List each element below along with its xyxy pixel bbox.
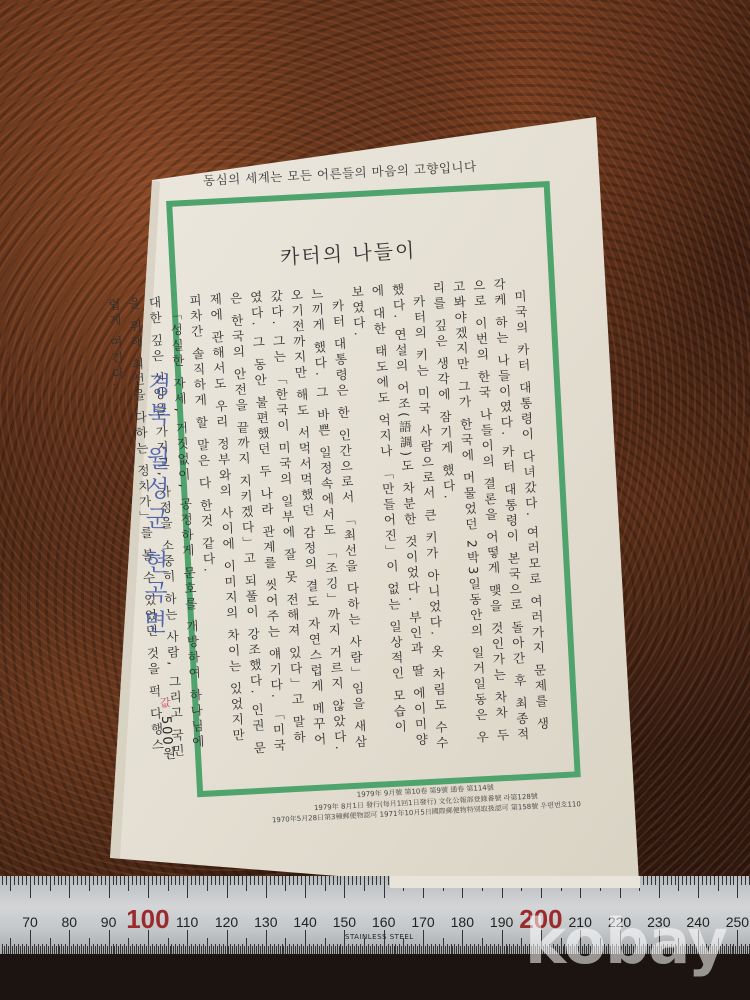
ruler-tick [722,876,723,885]
ruler-tick [342,946,343,954]
ruler-tick [303,946,304,954]
ruler-tick [175,876,176,885]
ruler-tick [177,946,178,954]
ruler-tick [452,946,453,954]
ruler-tick [287,946,288,954]
ruler-tick [260,946,261,954]
ruler-tick [40,946,41,954]
ruler-tick [663,876,664,885]
ruler-tick [120,876,121,885]
ruler-tick [521,938,522,954]
ruler-tick [89,938,90,954]
ruler-tick [733,876,734,885]
ruler-tick [726,876,727,885]
ruler-tick [390,946,391,954]
ruler-tick [162,946,163,954]
ruler-tick [54,876,55,885]
ruler-tick [470,944,471,954]
ruler-tick [360,876,361,885]
ruler-tick [26,876,27,885]
ruler-tick [46,876,47,885]
ruler-tick [409,946,410,954]
ruler-tick [111,946,112,954]
ruler-tick [443,938,444,954]
ruler-tick [181,946,182,954]
ruler-tick [128,938,129,954]
ruler-tick [195,944,196,954]
ruler-tick [234,876,235,885]
ruler-tick [44,946,45,954]
ruler-tick [423,930,424,954]
ruler-tick [20,946,21,954]
ruler-tick [12,946,13,954]
ruler-tick [140,944,141,954]
ruler-label: 140 [293,914,316,930]
ruler-tick [352,876,353,885]
ruler-tick [256,946,257,954]
ruler-tick [69,876,70,898]
ruler-tick [366,946,367,954]
ruler-tick [183,944,184,954]
ruler-tick [507,946,508,954]
ruler-tick [321,876,322,885]
ruler-tick [741,876,742,885]
ruler-tick [32,946,33,954]
ruler-tick [474,944,475,954]
ruler-tick [187,930,188,954]
ruler-tick [394,946,395,954]
ruler-tick [337,876,338,885]
ruler-tick [207,938,208,954]
ruler-tick [219,876,220,885]
ruler-tick [698,876,699,898]
ruler-tick [321,944,322,954]
ruler-tick [91,946,92,954]
ruler-tick [232,946,233,954]
article-title: 카터의 나들이 [279,234,417,270]
ruler-tick [10,876,11,891]
ruler-tick [238,944,239,954]
ruler-tick [356,876,357,885]
ruler-tick [397,946,398,954]
price: 값 500원 [155,696,177,762]
ruler-tick [58,944,59,954]
ruler-tick [737,876,738,898]
ruler-tick [490,944,491,954]
ruler-tick [77,944,78,954]
ruler-tick [236,946,237,954]
ruler-tick [449,946,450,954]
ruler-tick [407,944,408,954]
ruler-tick [462,930,463,954]
ruler-tick [240,946,241,954]
ruler-tick [187,876,188,898]
ruler-tick [509,944,510,954]
ruler-tick [248,946,249,954]
ruler-tick [307,946,308,954]
ruler-tick [278,944,279,954]
ruler-tick [327,946,328,954]
ruler-tick [488,946,489,954]
ruler-tick [138,946,139,954]
ruler-tick [2,944,3,954]
ruler-tick [431,944,432,954]
ruler-tick [18,944,19,954]
ruler-tick [34,876,35,885]
ruler-tick [745,944,746,954]
ruler-tick [209,946,210,954]
ruler-tick [667,876,668,885]
ruler-tick [87,946,88,954]
ruler-tick [372,876,373,885]
ruler-tick [142,946,143,954]
ruler-tick [132,876,133,885]
ruler-tick [230,944,231,954]
ruler-tick [42,944,43,954]
ruler-tick [252,946,253,954]
ruler-tick [502,930,503,954]
ruler-tick [686,876,687,885]
ruler-tick [34,944,35,954]
ruler-tick [69,930,70,954]
ruler-tick [333,876,334,885]
ruler-tick [511,946,512,954]
ruler-tick [144,876,145,885]
ruler-tick [421,946,422,954]
ruler-tick [227,930,228,954]
ruler-tick [223,876,224,885]
ruler-tick [175,944,176,954]
ruler-tick [26,944,27,954]
ruler-tick [710,876,711,885]
ruler-tick [105,944,106,954]
ruler-label: 80 [62,914,78,930]
ruler-tick [340,876,341,885]
ruler-tick [274,876,275,885]
ruler-tick [437,946,438,954]
ruler-tick [289,876,290,885]
ruler-tick [97,944,98,954]
ruler-tick [747,946,748,954]
ruler-tick [682,876,683,885]
ruler-tick [211,944,212,954]
handwritten-address: 경북 월성군 현곡면 [136,372,176,640]
ruler-tick [36,946,37,954]
ruler-tick [360,944,361,954]
ruler-tick [73,876,74,885]
ruler-tick [513,944,514,954]
ruler-tick [350,946,351,954]
booklet: 동심의 세계는 모든 어른들의 마음의 고향입니다 카터의 나들이 미국의 카터… [0,0,750,1000]
ruler-tick [166,946,167,954]
ruler-tick [348,876,349,885]
ruler-tick [250,876,251,885]
ruler-tick [268,946,269,954]
ruler-tick [735,946,736,954]
ruler-tick [278,876,279,885]
ruler-tick [299,946,300,954]
ruler-tick [118,946,119,954]
ruler-tick [144,944,145,954]
ruler-tick [376,876,377,885]
ruler-tick [2,876,3,885]
ruler-tick [189,946,190,954]
ruler-tick [380,944,381,954]
ruler-tick [126,946,127,954]
ruler-tick [164,876,165,885]
ruler-tick [262,876,263,885]
ruler-tick [313,876,314,885]
ruler-tick [333,944,334,954]
ruler-tick [63,946,64,954]
ruler-tick [164,944,165,954]
green-frame: 카터의 나들이 미국의 카터 대통령이 다녀갔다. 여러모로 여러가지 문제를 … [166,181,581,797]
ruler-tick [651,876,652,885]
ruler-tick [368,944,369,954]
ruler-tick [376,944,377,954]
ruler-tick [317,876,318,885]
ruler-tick [282,876,283,885]
ruler-tick [289,944,290,954]
ruler-tick [266,876,267,898]
ruler-tick [81,876,82,885]
ruler-tick [280,946,281,954]
ruler-tick [24,946,25,954]
ruler-tick [313,944,314,954]
ruler-tick [500,946,501,954]
ruler-tick [447,944,448,954]
ruler-tick [38,876,39,885]
ruler-tick [30,876,31,898]
ruler-tick [388,944,389,954]
ruler-tick [714,876,715,885]
ruler-tick [114,946,115,954]
ruler-tick [152,944,153,954]
ruler-tick [61,944,62,954]
ruler-tick [311,946,312,954]
ruler-tick [156,876,157,885]
ruler-tick [335,946,336,954]
ruler-tick [362,946,363,954]
ruler-tick [315,946,316,954]
ruler-label: 120 [215,914,238,930]
ruler-label: 150 [333,914,356,930]
ruler-tick [388,876,389,885]
ruler-tick [4,946,5,954]
ruler-tick [150,946,151,954]
ruler-tick [238,876,239,885]
ruler-tick [109,930,110,954]
ruler-tick [419,944,420,954]
ruler-tick [22,944,23,954]
ruler-label: 70 [22,914,38,930]
ruler-tick [160,876,161,885]
ruler-label: 160 [372,914,395,930]
ruler-tick [378,946,379,954]
ruler-tick [323,946,324,954]
ruler-tick [217,946,218,954]
ruler-tick [364,876,365,891]
ruler-tick [146,946,147,954]
ruler-tick [472,946,473,954]
ruler-tick [124,944,125,954]
ruler-tick [506,944,507,954]
ruler-tick [405,946,406,954]
ruler-tick [99,946,100,954]
ruler-tick [97,876,98,885]
ruler-tick [101,876,102,885]
ruler-tick [678,876,679,891]
ruler-tick [156,944,157,954]
ruler-tick [116,944,117,954]
ruler-tick [291,946,292,954]
ruler-tick [466,944,467,954]
ruler-tick [67,946,68,954]
ruler-tick [456,946,457,954]
ruler-tick [309,944,310,954]
ruler-tick [6,876,7,885]
ruler-tick [486,944,487,954]
ruler-tick [52,946,53,954]
ruler-tick [116,876,117,885]
ruler-tick [352,944,353,954]
ruler-tick [413,946,414,954]
ruler-tick [61,876,62,885]
ruler-tick [464,946,465,954]
ruler-tick [228,946,229,954]
ruler-tick [272,946,273,954]
ruler-tick [309,876,310,885]
ruler-tick [647,876,648,885]
ruler-tick [95,946,96,954]
ruler-tick [317,944,318,954]
ruler-tick [130,946,131,954]
article-body: 미국의 카터 대통령이 다녀갔다. 여러모로 여러가지 문제를 생각케 하는 나… [199,276,553,763]
ruler-tick [48,946,49,954]
ruler-tick [120,944,121,954]
ruler-tick [170,946,171,954]
ruler-tick [340,944,341,954]
ruler-tick [201,946,202,954]
ruler-tick [297,876,298,885]
ruler-tick [219,944,220,954]
ruler-tick [46,944,47,954]
ruler-tick [168,938,169,954]
ruler-tick [213,946,214,954]
ruler-tick [344,876,345,898]
ruler-tick [136,944,137,954]
ruler-tick [694,876,695,885]
ruler-label: 190 [490,914,513,930]
ruler-tick [297,944,298,954]
ruler-tick [733,944,734,954]
booklet-corner-overlap [390,876,640,888]
ruler-tick [152,876,153,885]
ruler-tick [242,944,243,954]
ruler-tick [105,876,106,885]
ruler-tick [83,946,84,954]
ruler-tick [305,930,306,954]
ruler-tick [124,876,125,885]
ruler-tick [417,946,418,954]
ruler-tick [643,876,644,885]
ruler-tick [215,944,216,954]
ruler-tick [71,946,72,954]
ruler-tick [372,944,373,954]
ruler-tick [158,946,159,954]
ruler-tick [38,944,39,954]
ruler-tick [458,944,459,954]
ruler-tick [14,876,15,885]
ruler-tick [368,876,369,885]
ruler-tick [85,876,86,885]
ruler-tick [160,944,161,954]
ruler-tick [254,876,255,885]
ruler-tick [134,946,135,954]
ruler-tick [30,930,31,954]
ruler-tick [494,944,495,954]
ruler-tick [519,946,520,954]
ruler-tick [702,876,703,885]
ruler-tick [10,938,11,954]
ruler-tick [468,946,469,954]
ruler-tick [246,876,247,891]
ruler-tick [743,946,744,954]
ruler-tick [415,944,416,954]
ruler-tick [173,946,174,954]
ruler-tick [270,876,271,885]
ruler-tick [739,946,740,954]
ruler-tick [225,946,226,954]
ruler-tick [690,876,691,885]
ruler-tick [89,876,90,891]
ruler-tick [50,938,51,954]
ruler-tick [392,944,393,954]
ruler-tick [301,944,302,954]
ruler-tick [65,944,66,954]
ruler-tick [185,946,186,954]
ruler-tick [79,946,80,954]
ruler-tick [737,930,738,954]
ruler-tick [433,946,434,954]
ruler-tick [242,876,243,885]
ruler-tick [18,876,19,885]
ruler-tick [195,876,196,885]
ruler-tick [460,946,461,954]
ruler-tick [75,946,76,954]
ruler-tick [427,944,428,954]
ruler-tick [659,876,660,898]
ruler-tick [154,946,155,954]
ruler-tick [215,876,216,885]
ruler-tick [356,944,357,954]
ruler-tick [244,946,245,954]
ruler-label: 250 [726,914,749,930]
ruler-tick [203,876,204,885]
slogan-text: 동심의 세계는 모든 어른들의 마음의 고향입니다 [203,157,477,189]
ruler-tick [85,944,86,954]
watermark: kobay [525,905,727,978]
ruler-tick [250,944,251,954]
ruler-tick [221,946,222,954]
ruler-tick [482,938,483,954]
ruler-label: 130 [254,914,277,930]
ruler-tick [451,944,452,954]
ruler-tick [227,876,228,898]
ruler-tick [354,946,355,954]
ruler-tick [136,876,137,885]
ruler-tick [140,876,141,885]
